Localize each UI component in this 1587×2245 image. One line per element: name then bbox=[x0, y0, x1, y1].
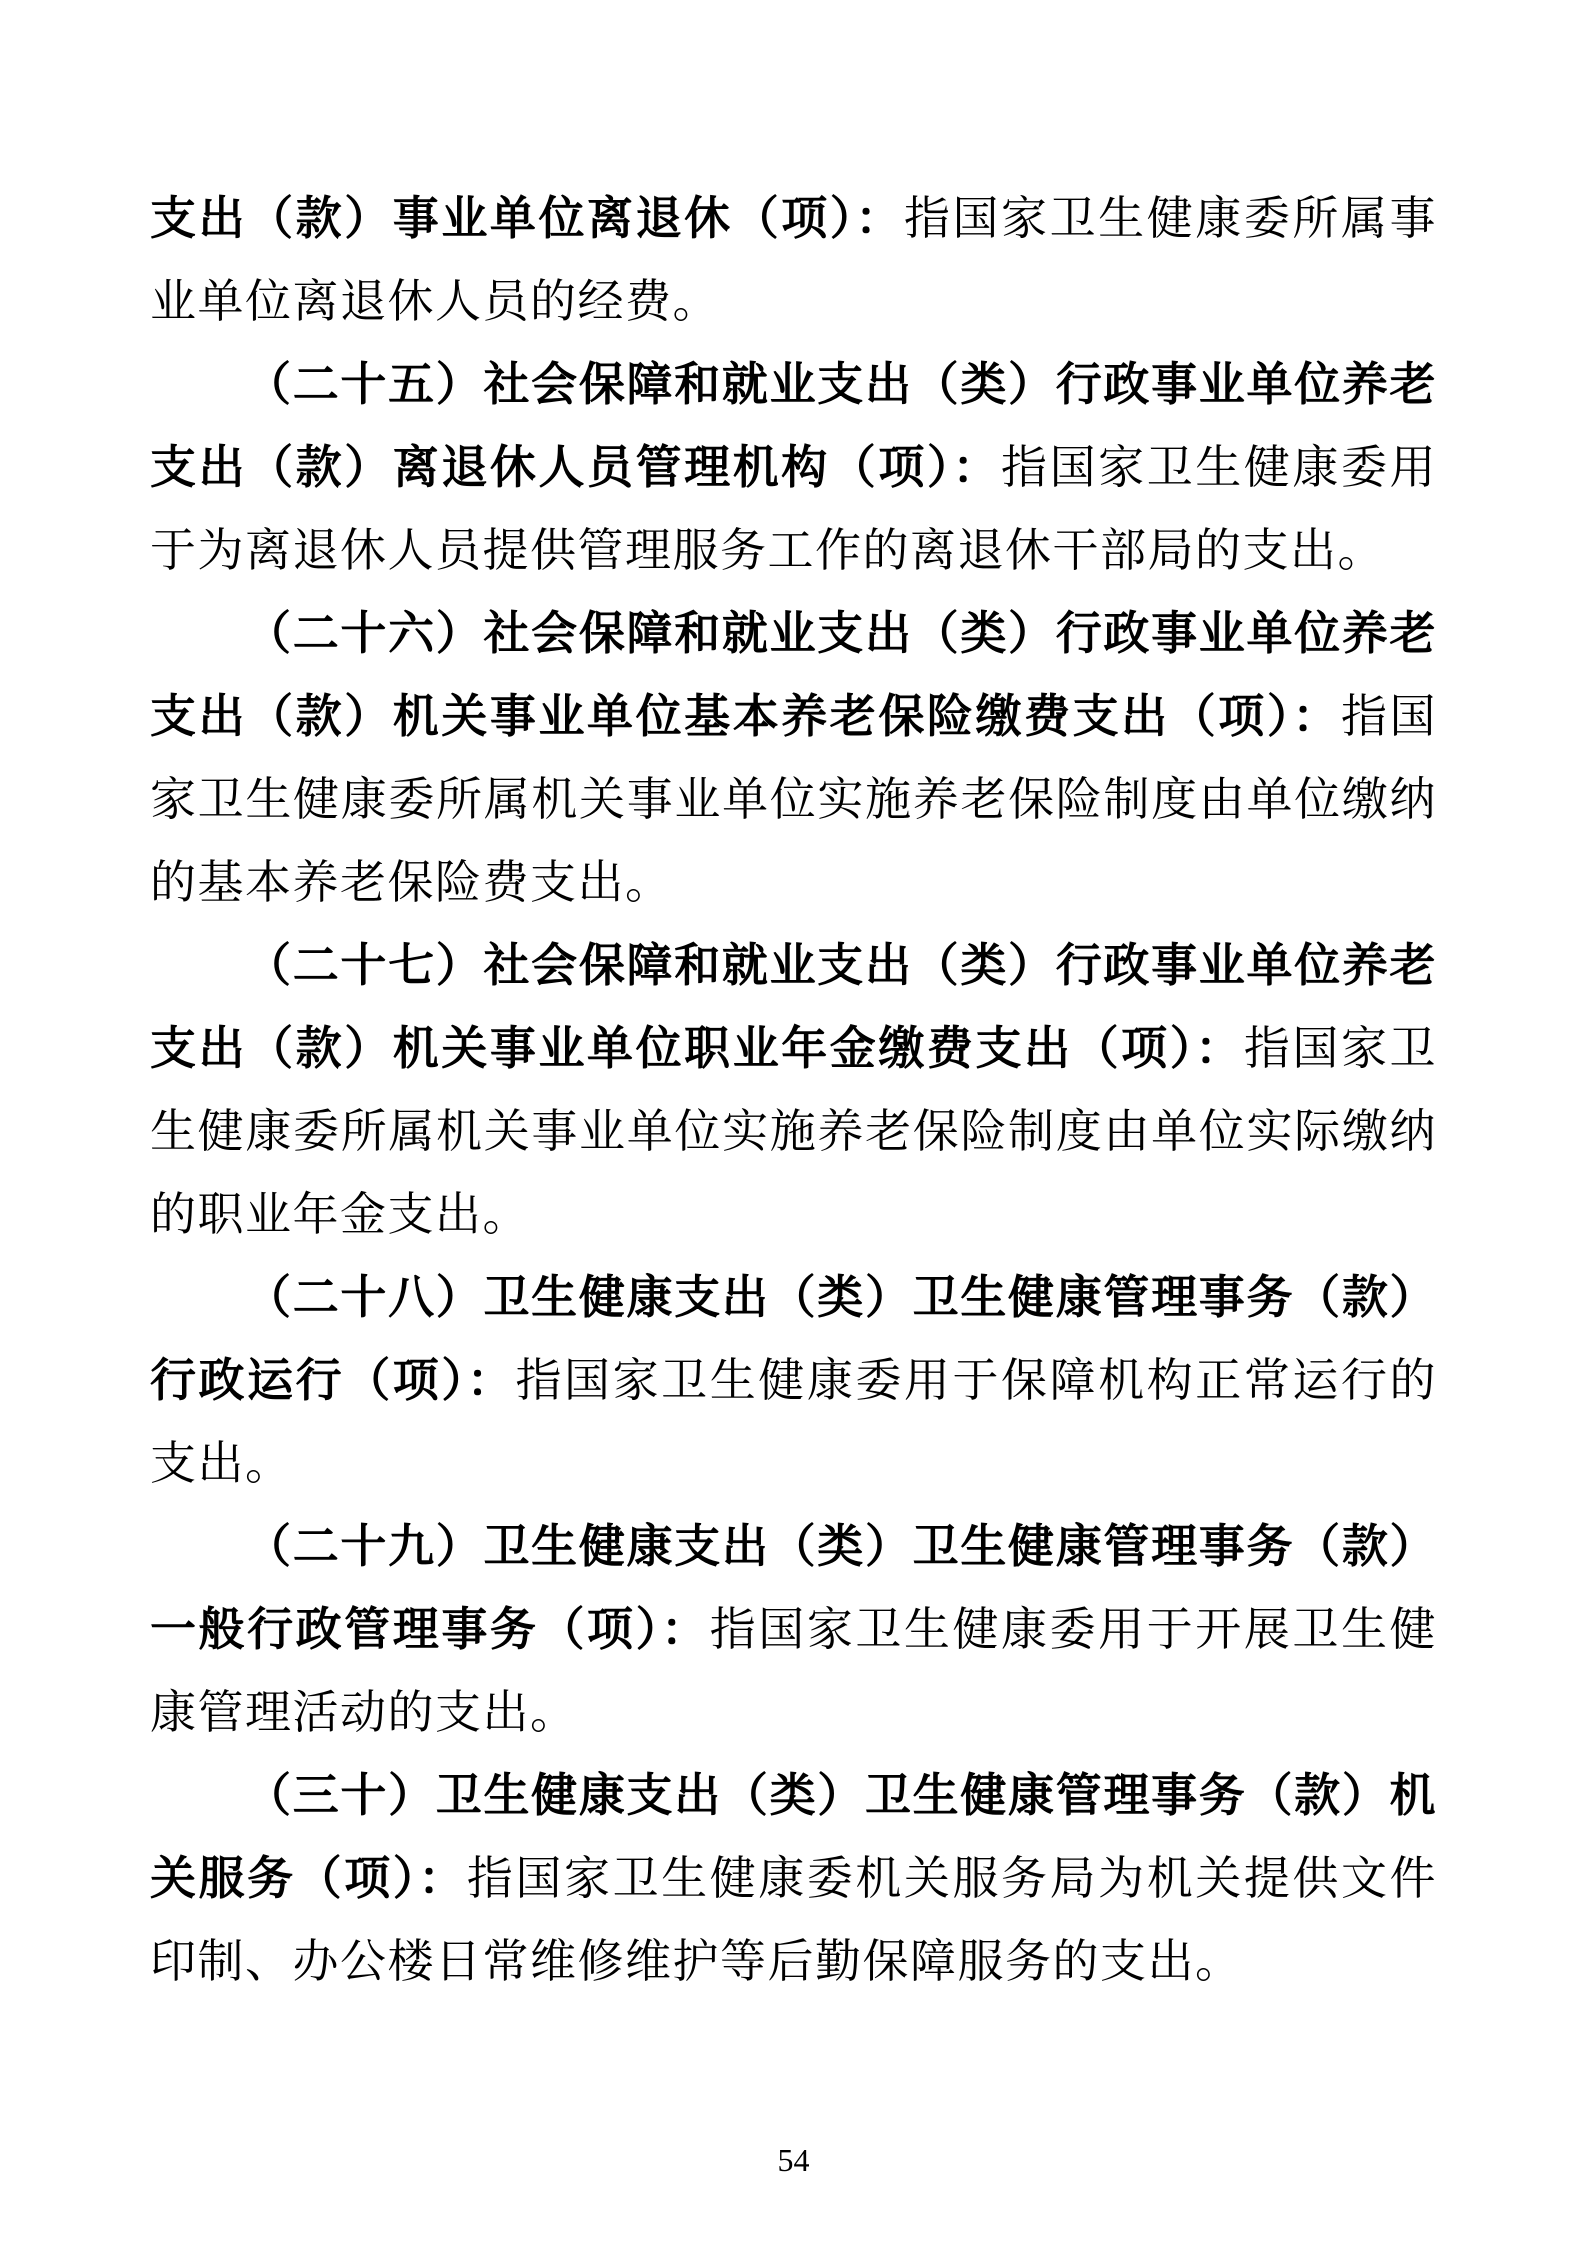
paragraph: （二十八）卫生健康支出（类）卫生健康管理事务（款）行政运行（项）：指国家卫生健康… bbox=[150, 1256, 1437, 1505]
paragraph: （二十六）社会保障和就业支出（类）行政事业单位养老支出（款）机关事业单位基本养老… bbox=[150, 592, 1437, 924]
paragraph: （二十七）社会保障和就业支出（类）行政事业单位养老支出（款）机关事业单位职业年金… bbox=[150, 924, 1437, 1256]
clause-heading: （二十六）社会保障和就业支出（类）行政事业单位养老支出（款）机关事业单位基本养老… bbox=[150, 608, 1437, 742]
paragraph: （二十九）卫生健康支出（类）卫生健康管理事务（款）一般行政管理事务（项）：指国家… bbox=[150, 1505, 1437, 1754]
document-body: 支出（款）事业单位离退休（项）：指国家卫生健康委所属事业单位离退休人员的经费。 … bbox=[150, 177, 1437, 2003]
paragraph: （二十五）社会保障和就业支出（类）行政事业单位养老支出（款）离退休人员管理机构（… bbox=[150, 343, 1437, 592]
paragraph: 支出（款）事业单位离退休（项）：指国家卫生健康委所属事业单位离退休人员的经费。 bbox=[150, 177, 1437, 343]
page-number: 54 bbox=[0, 2142, 1587, 2179]
document-page: 支出（款）事业单位离退休（项）：指国家卫生健康委所属事业单位离退休人员的经费。 … bbox=[0, 0, 1587, 2245]
paragraph: （三十）卫生健康支出（类）卫生健康管理事务（款）机关服务（项）：指国家卫生健康委… bbox=[150, 1754, 1437, 2003]
clause-heading: 支出（款）事业单位离退休（项）： bbox=[150, 193, 904, 244]
